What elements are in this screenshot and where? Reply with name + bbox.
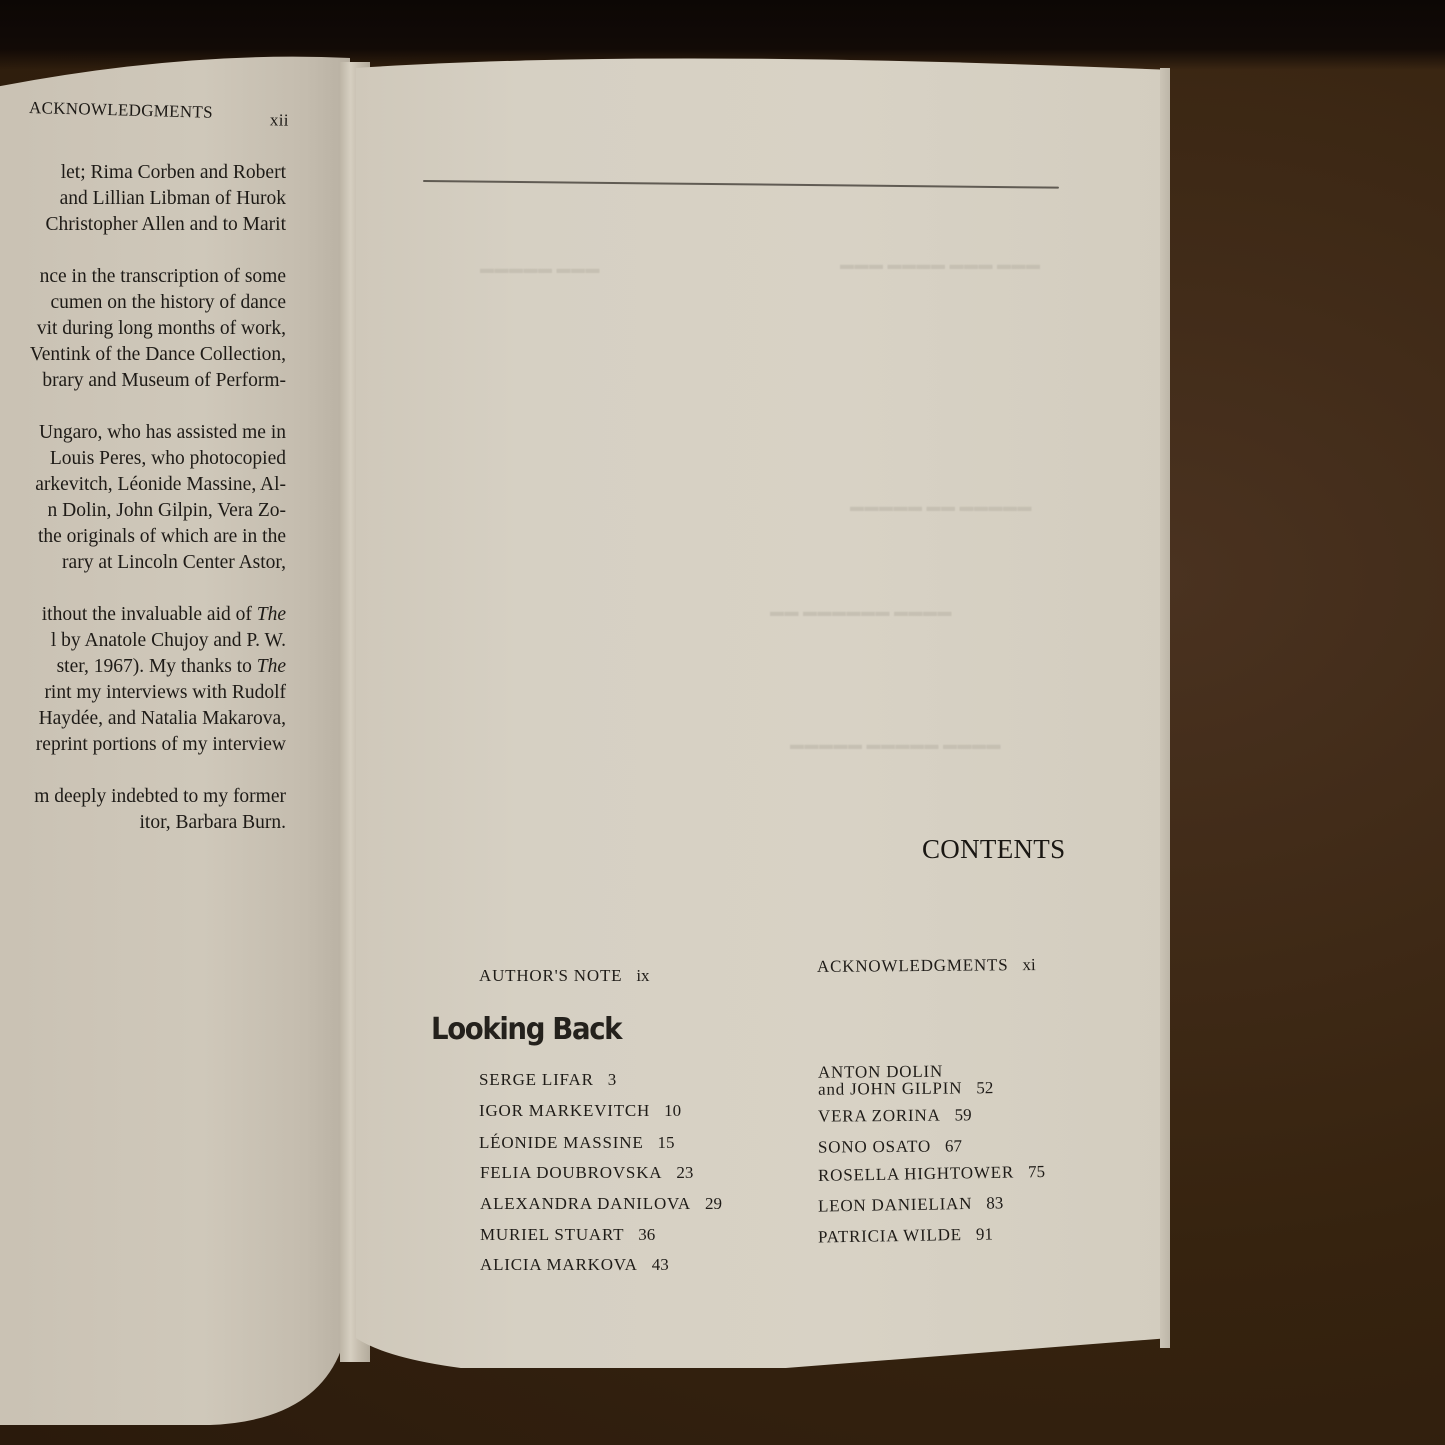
text-line: and Lillian Libman of Hurok — [0, 186, 286, 212]
text-line: rint my interviews with Rudolf — [0, 680, 286, 706]
text-line: Ungaro, who has assisted me in — [0, 420, 286, 446]
running-head-title: ACKNOWLEDGMENTS — [29, 98, 213, 122]
text-line: m deeply indebted to my former — [0, 784, 286, 810]
toc-entry-page: 83 — [986, 1193, 1003, 1212]
toc-entry[interactable]: SERGE LIFAR3 — [479, 1070, 616, 1090]
toc-entry-page: xi — [1022, 955, 1035, 974]
toc-entry-page: 75 — [1028, 1162, 1045, 1181]
text-line: reprint portions of my interview — [0, 732, 286, 758]
toc-entry[interactable]: ANTON DOLIN and JOHN GILPIN52 — [818, 1062, 994, 1098]
toc-entry-page: 3 — [608, 1070, 617, 1089]
toc-entry-label: ANTON DOLIN — [818, 1062, 993, 1081]
text-line: Ventink of the Dance Collection, — [0, 342, 286, 368]
show-through-text: ▬▬ ▬▬▬▬▬▬ ▬▬▬▬ — [770, 605, 952, 621]
toc-entry-label: ROSELLA HIGHTOWER — [818, 1163, 1014, 1185]
toc-entry[interactable]: IGOR MARKEVITCH10 — [479, 1101, 681, 1121]
section-heading: Looking Back — [431, 1012, 621, 1047]
paragraph-gap — [0, 758, 286, 784]
toc-entry-label: IGOR MARKEVITCH — [479, 1101, 650, 1120]
toc-entry-page: 43 — [652, 1255, 669, 1274]
right-page — [356, 38, 1170, 1368]
toc-entry-label: PATRICIA WILDE — [818, 1225, 962, 1247]
text-line: nce in the transcription of some — [0, 264, 286, 290]
text-line: arkevitch, Léonide Massine, Al- — [0, 472, 286, 498]
text-line: ster, 1967). My thanks to The — [0, 654, 286, 680]
text-line: vit during long months of work, — [0, 316, 286, 342]
toc-entry[interactable]: LEON DANIELIAN83 — [818, 1193, 1004, 1216]
paragraph-gap — [0, 576, 286, 602]
text-line: Haydée, and Natalia Makarova, — [0, 706, 286, 732]
text-line: n Dolin, John Gilpin, Vera Zo- — [0, 498, 286, 524]
text-line: brary and Museum of Perform- — [0, 368, 286, 394]
toc-entry[interactable]: PATRICIA WILDE91 — [818, 1224, 993, 1247]
toc-entry[interactable]: VERA ZORINA59 — [818, 1105, 972, 1126]
text-line: Christopher Allen and to Marit — [0, 212, 286, 238]
toc-entry[interactable]: MURIEL STUART36 — [480, 1225, 655, 1245]
text-line: cumen on the history of dance — [0, 290, 286, 316]
toc-entry-label: ALEXANDRA DANILOVA — [480, 1194, 691, 1213]
paragraph-gap — [0, 394, 286, 420]
toc-entry[interactable]: FELIA DOUBROVSKA23 — [480, 1163, 693, 1183]
toc-entry-label: SONO OSATO — [818, 1137, 931, 1157]
show-through-text: ▬▬▬▬▬ ▬▬▬ — [480, 262, 600, 278]
toc-entry-page: 59 — [955, 1105, 972, 1124]
toc-entry-page: ix — [636, 966, 649, 985]
toc-entry[interactable]: ALICIA MARKOVA43 — [480, 1255, 669, 1275]
text-line: the originals of which are in the — [0, 524, 286, 550]
paragraph-gap — [0, 238, 286, 264]
contents-title: CONTENTS — [922, 834, 1065, 865]
text-line: rary at Lincoln Center Astor, — [0, 550, 286, 576]
left-page-body: let; Rima Corben and Robert and Lillian … — [0, 160, 286, 836]
show-through-text: ▬▬▬▬▬ ▬▬▬▬▬ ▬▬▬▬ — [790, 738, 1001, 754]
show-through-text: ▬▬▬ ▬▬▬▬ ▬▬▬ ▬▬▬ — [840, 258, 1041, 274]
toc-entry-label: LEON DANIELIAN — [818, 1194, 973, 1216]
text-line: itor, Barbara Burn. — [0, 810, 286, 836]
text-line: let; Rima Corben and Robert — [0, 160, 286, 186]
toc-entry-label: SERGE LIFAR — [479, 1070, 594, 1089]
toc-entry[interactable]: ALEXANDRA DANILOVA29 — [480, 1194, 722, 1214]
text-line: ithout the invaluable aid of The — [0, 602, 286, 628]
toc-entry[interactable]: ROSELLA HIGHTOWER75 — [818, 1162, 1045, 1186]
toc-entry-page: 91 — [976, 1224, 993, 1243]
toc-entry[interactable]: SONO OSATO67 — [818, 1136, 962, 1157]
left-page-number: xii — [270, 110, 289, 130]
toc-entry-page: 36 — [638, 1225, 655, 1244]
show-through-text: ▬▬▬▬▬ ▬▬ ▬▬▬▬▬ — [850, 500, 1032, 516]
toc-entry-page: 15 — [658, 1133, 675, 1152]
toc-entry-page: 10 — [664, 1101, 681, 1120]
toc-entry[interactable]: LÉONIDE MASSINE15 — [479, 1133, 675, 1153]
toc-entry-page: 23 — [676, 1163, 693, 1182]
toc-entry-authors-note[interactable]: AUTHOR'S NOTEix — [479, 966, 650, 986]
toc-entry-label: ACKNOWLEDGMENTS — [817, 955, 1009, 976]
toc-entry-label: VERA ZORINA — [818, 1106, 941, 1126]
page-edge — [1160, 68, 1170, 1348]
toc-entry-label-line2: and JOHN GILPIN — [818, 1079, 962, 1099]
text-line: l by Anatole Chujoy and P. W. — [0, 628, 286, 654]
toc-entry-label: LÉONIDE MASSINE — [479, 1133, 644, 1152]
toc-entry-page: 52 — [976, 1078, 993, 1097]
toc-entry-label: AUTHOR'S NOTE — [479, 966, 622, 985]
toc-entry-page: 29 — [705, 1194, 722, 1213]
text-line: Louis Peres, who photocopied — [0, 446, 286, 472]
toc-entry-page: 67 — [945, 1136, 962, 1155]
toc-entry-label: FELIA DOUBROVSKA — [480, 1163, 662, 1182]
toc-entry-acknowledgments[interactable]: ACKNOWLEDGMENTSxi — [817, 955, 1036, 977]
toc-entry-label: ALICIA MARKOVA — [480, 1255, 638, 1274]
toc-entry-label: MURIEL STUART — [480, 1225, 624, 1244]
